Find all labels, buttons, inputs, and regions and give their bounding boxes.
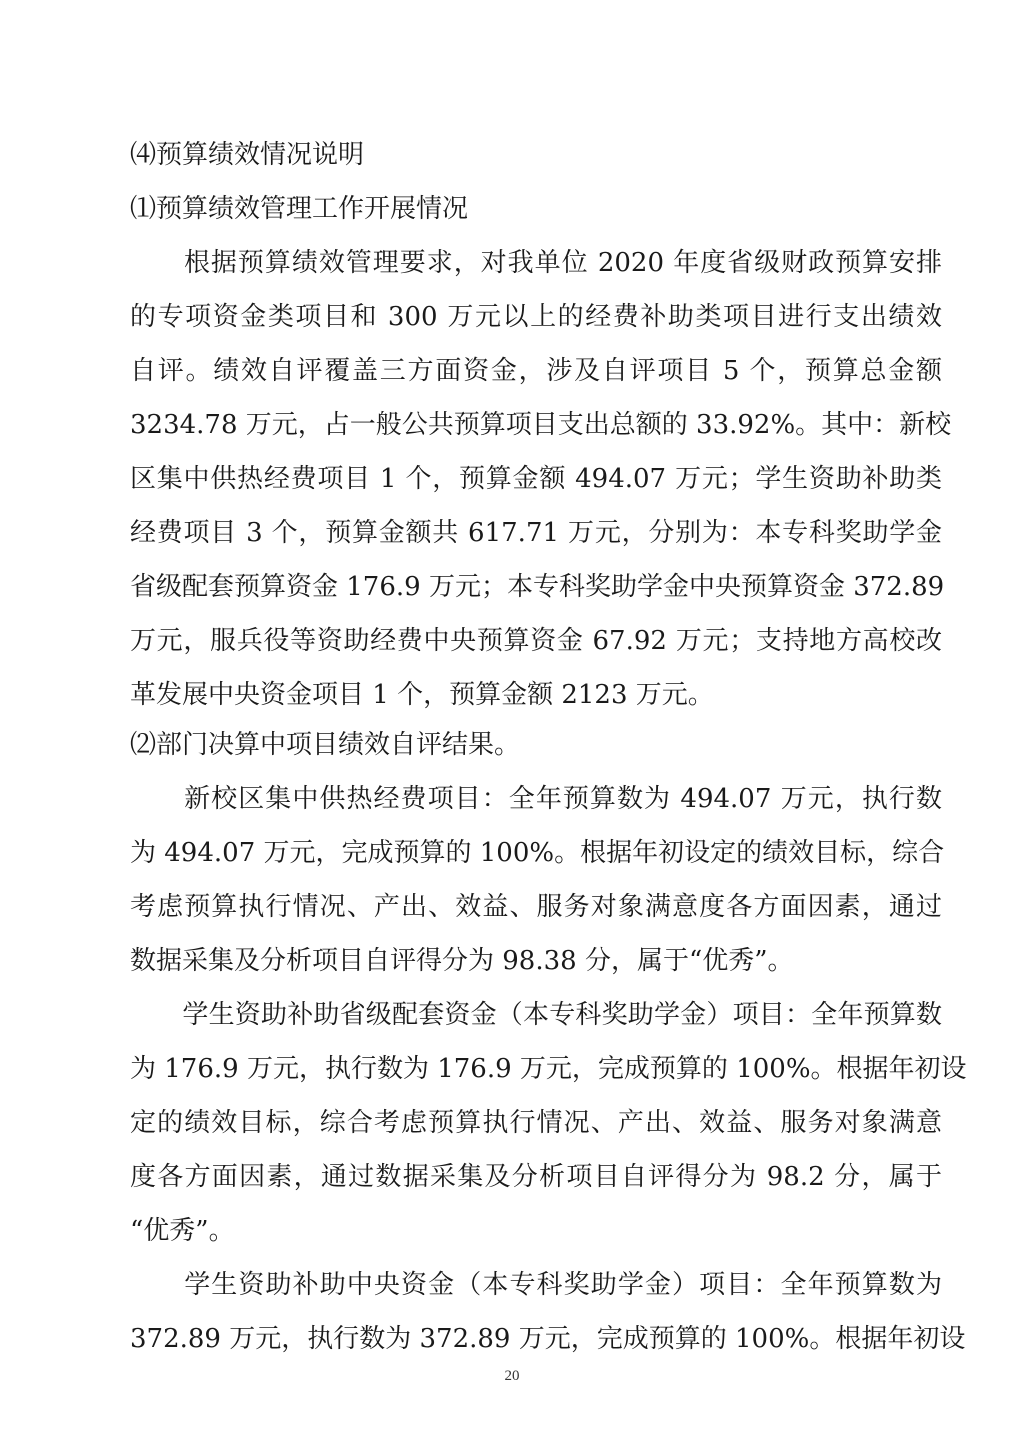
text-line: 革发展中央资金项目 1 个，预算金额 2123 万元。 — [130, 678, 942, 712]
text-line: 经费项目 3 个，预算金额共 617.71 万元，分别为：本专科奖助学金 — [130, 516, 942, 550]
text-line: 度各方面因素，通过数据采集及分析项目自评得分为 98.2 分，属于 — [130, 1160, 942, 1194]
text-line: 数据采集及分析项目自评得分为 98.38 分，属于“优秀”。 — [130, 944, 942, 978]
text-line: 3234.78 万元，占一般公共预算项目支出总额的 33.92%。其中：新校 — [130, 408, 942, 442]
text-line: 自评。绩效自评覆盖三方面资金，涉及自评项目 5 个，预算总金额 — [130, 354, 942, 388]
text-line: 学生资助补助省级配套资金（本专科奖助学金）项目：全年预算数 — [130, 998, 942, 1032]
text-line: 新校区集中供热经费项目：全年预算数为 494.07 万元，执行数 — [130, 782, 942, 816]
document-page: ⑷预算绩效情况说明 ⑴预算绩效管理工作开展情况 根据预算绩效管理要求，对我单位 … — [0, 0, 1024, 1448]
text-line: 考虑预算执行情况、产出、效益、服务对象满意度各方面因素，通过 — [130, 890, 942, 924]
text-line: 学生资助补助中央资金（本专科奖助学金）项目：全年预算数为 — [130, 1268, 942, 1302]
text-line: 根据预算绩效管理要求，对我单位 2020 年度省级财政预算安排 — [130, 246, 942, 280]
text-line: 定的绩效目标，综合考虑预算执行情况、产出、效益、服务对象满意 — [130, 1106, 942, 1140]
text-line: 372.89 万元，执行数为 372.89 万元，完成预算的 100%。根据年初… — [130, 1322, 942, 1356]
text-line: 区集中供热经费项目 1 个，预算金额 494.07 万元；学生资助补助类 — [130, 462, 942, 496]
text-line: 为 494.07 万元，完成预算的 100%。根据年初设定的绩效目标，综合 — [130, 836, 942, 870]
section-heading: ⑷预算绩效情况说明 — [130, 138, 364, 172]
text-line: 省级配套预算资金 176.9 万元；本专科奖助学金中央预算资金 372.89 — [130, 570, 942, 604]
text-line: “优秀”。 — [130, 1214, 942, 1248]
sub-heading-performance-management: ⑴预算绩效管理工作开展情况 — [130, 192, 468, 226]
sub-heading-self-evaluation-results: ⑵部门决算中项目绩效自评结果。 — [130, 728, 520, 762]
text-line: 的专项资金类项目和 300 万元以上的经费补助类项目进行支出绩效 — [130, 300, 942, 334]
text-line: 万元，服兵役等资助经费中央预算资金 67.92 万元；支持地方高校改 — [130, 624, 942, 658]
text-line: 为 176.9 万元，执行数为 176.9 万元，完成预算的 100%。根据年初… — [130, 1052, 942, 1086]
page-number: 20 — [0, 1368, 1024, 1385]
